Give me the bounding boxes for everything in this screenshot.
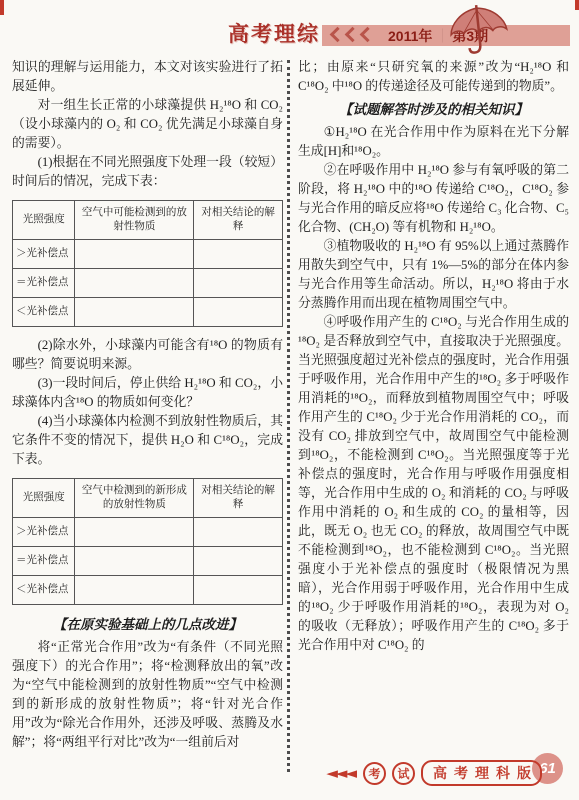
paragraph-setup: 对一组生长正常的小球藻提供 H₂¹⁸O 和 CO₂（设小球藻内的 O₂ 和 CO… — [12, 96, 283, 153]
table-row-label: ＝光补偿点 — [13, 269, 75, 298]
empty-cell — [194, 269, 283, 298]
paragraph-question-1: (1)根据在不同光照强度下处理一段（较短）时间后的情况，完成下表： — [12, 153, 283, 191]
paragraph-question-3: (3)一段时间后，停止供给 H₂¹⁸O 和 CO₂，小球藻体内含¹⁸O 的物质如… — [12, 374, 283, 412]
issue-year: 2011年 — [388, 28, 432, 44]
left-column: 知识的理解与运用能力，本文对该实验进行了拓展延伸。 对一组生长正常的小球藻提供 … — [12, 58, 283, 772]
table-row-label: ＞光补偿点 — [13, 240, 75, 269]
paragraph-point-1: ①H₂¹⁸O 在光合作用中作为原料在光下分解生成[H]和¹⁸O₂。 — [298, 123, 569, 161]
paragraph-question-4: (4)当小球藻体内检测不到放射性物质后，其它条件不变的情况下，提供 H₂O 和 … — [12, 412, 283, 469]
experiment-table-1: 光照强度 空气中可能检测到的放射性物质 对相关结论的解释 ＞光补偿点 ＝光补偿点… — [12, 200, 283, 327]
page-footer: ◄◄◄ 考 试 高考理科版 61 — [326, 756, 563, 790]
table-row-label: ＞光补偿点 — [13, 518, 75, 547]
empty-cell — [194, 547, 283, 576]
table-header-row: 光照强度 空气中检测到的新形成的放射性物质 对相关结论的解释 — [13, 479, 283, 518]
section-heading-improvements: 【在原实验基础上的几点改进】 — [12, 614, 283, 635]
table-row-label: ＜光补偿点 — [13, 576, 75, 605]
paragraph-intro: 知识的理解与运用能力，本文对该实验进行了拓展延伸。 — [12, 58, 283, 96]
exam-badge-kao: 考 — [363, 762, 386, 785]
empty-cell — [75, 547, 194, 576]
empty-cell — [194, 576, 283, 605]
table-row: ＝光补偿点 — [13, 547, 283, 576]
table-header-cell: 对相关结论的解释 — [194, 201, 283, 240]
paragraph-question-2: (2)除水外，小球藻内可能含有¹⁸O 的物质有哪些？简要说明来源。 — [12, 336, 283, 374]
table-row: ＞光补偿点 — [13, 240, 283, 269]
crop-mark — [0, 0, 4, 15]
table-header-row: 光照强度 空气中可能检测到的放射性物质 对相关结论的解释 — [13, 201, 283, 240]
umbrella-icon — [445, 1, 513, 64]
table-row: ＞光补偿点 — [13, 518, 283, 547]
table-row-label: ＜光补偿点 — [13, 298, 75, 327]
triple-left-arrow-icon: ◄◄◄ — [326, 764, 355, 782]
table-row: ＝光补偿点 — [13, 269, 283, 298]
table-header-cell: 光照强度 — [13, 201, 75, 240]
empty-cell — [194, 298, 283, 327]
empty-cell — [75, 576, 194, 605]
empty-cell — [75, 298, 194, 327]
section-heading-knowledge: 【试题解答时涉及的相关知识】 — [298, 99, 569, 120]
table-header-cell: 空气中检测到的新形成的放射性物质 — [75, 479, 194, 518]
table-row: ＜光补偿点 — [13, 576, 283, 605]
paragraph-point-3: ③植物吸收的 H₂¹⁸O 有 95%以上通过蒸腾作用散失到空气中，只有 1%—5… — [298, 237, 569, 313]
empty-cell — [194, 240, 283, 269]
edition-label: 高考理科版 — [421, 760, 542, 786]
table-header-cell: 对相关结论的解释 — [194, 479, 283, 518]
paragraph-continuation: 比；由原来“只研究氧的来源”改为“H₂¹⁸O 和 C¹⁸O₂ 中¹⁸O 的传递途… — [298, 58, 569, 96]
empty-cell — [75, 240, 194, 269]
triple-left-chevron-icon — [332, 29, 373, 40]
empty-cell — [75, 269, 194, 298]
column-divider — [287, 60, 290, 772]
magazine-page: 高考理综 2011年｜第3期 知识的理解与运用能力，本文对该实验进行了拓展延伸。… — [0, 0, 579, 800]
empty-cell — [194, 518, 283, 547]
exam-badge-shi: 试 — [392, 762, 415, 785]
right-column: 比；由原来“只研究氧的来源”改为“H₂¹⁸O 和 C¹⁸O₂ 中¹⁸O 的传递途… — [298, 58, 569, 772]
crop-mark — [575, 0, 579, 10]
empty-cell — [75, 518, 194, 547]
table-header-cell: 空气中可能检测到的放射性物质 — [75, 201, 194, 240]
paragraph-improvements: 将“正常光合作用”改为“有条件（不同光照强度下）的光合作用”；将“检测释放出的氧… — [12, 638, 283, 752]
journal-logo: 高考理综 — [228, 18, 320, 48]
table-row: ＜光补偿点 — [13, 298, 283, 327]
table-row-label: ＝光补偿点 — [13, 547, 75, 576]
paragraph-point-4: ④呼吸作用产生的 C¹⁸O₂ 与光合作用生成的¹⁸O₂ 是否释放到空气中，直接取… — [298, 313, 569, 655]
table-header-cell: 光照强度 — [13, 479, 75, 518]
experiment-table-2: 光照强度 空气中检测到的新形成的放射性物质 对相关结论的解释 ＞光补偿点 ＝光补… — [12, 478, 283, 605]
paragraph-point-2: ②在呼吸作用中 H₂¹⁸O 参与有氧呼吸的第二阶段，将 H₂¹⁸O 中的¹⁸O … — [298, 161, 569, 237]
